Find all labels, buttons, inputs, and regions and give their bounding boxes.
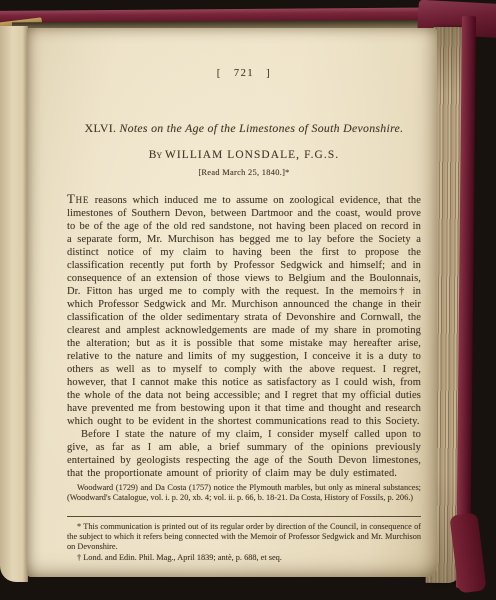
page-number: [ 721 ] — [67, 68, 421, 79]
read-date-line: [Read March 25, 1840.]* — [67, 168, 421, 177]
footnote-dagger: † Lond. and Edin. Phil. Mag., April 1839… — [67, 553, 421, 563]
body-paragraph-1: The reasons which induced me to assume o… — [67, 193, 421, 428]
footnote-rule — [67, 516, 421, 517]
printed-text-block: [ 721 ] XLVI. Notes on the Age of the Li… — [67, 68, 421, 563]
paragraph-text: Before I state the nature of my claim, I… — [67, 429, 421, 479]
article-title: XLVI. Notes on the Age of the Limestones… — [67, 121, 421, 136]
byline-prefix: By — [149, 149, 162, 161]
author-name: WILLIAM LONSDALE, F.G.S. — [165, 149, 339, 161]
page-gutter — [0, 26, 28, 582]
body-paragraph-2: Before I state the nature of my claim, I… — [67, 428, 421, 480]
book-photo-stage: [ 721 ] XLVI. Notes on the Age of the Li… — [0, 0, 496, 600]
book-cover-bottom-right-corner — [449, 513, 486, 594]
paragraph-text: reasons which induced me to assume on zo… — [67, 195, 421, 427]
paragraph-lead-word: The — [67, 192, 89, 206]
footnote-asterisk: * This communication is printed out of i… — [67, 522, 421, 553]
article-title-text: Notes on the Age of the Limestones of So… — [119, 121, 403, 135]
small-print-note: Woodward (1729) and Da Costa (1757) noti… — [67, 483, 421, 504]
article-number: XLVI. — [85, 121, 117, 135]
article-byline: By WILLIAM LONSDALE, F.G.S. — [67, 149, 421, 161]
book-page: [ 721 ] XLVI. Notes on the Age of the Li… — [27, 28, 437, 577]
